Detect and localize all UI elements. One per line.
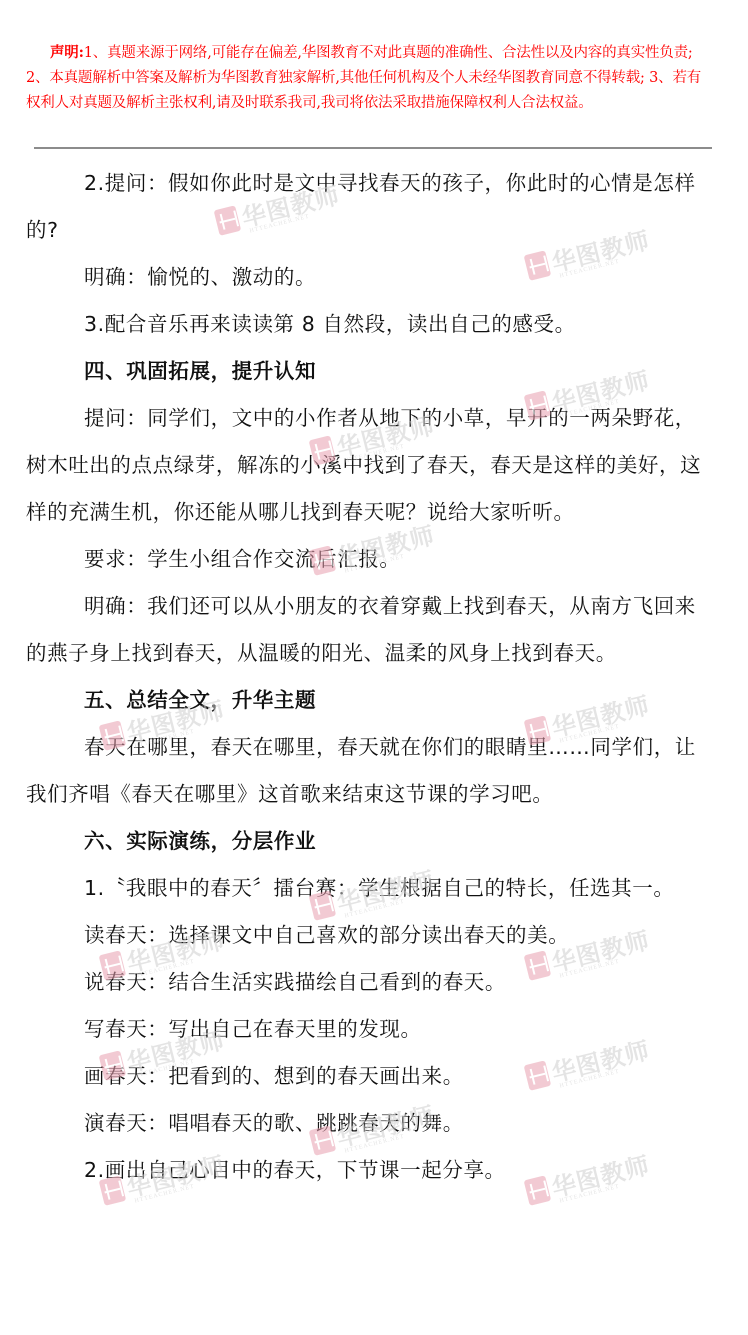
paragraph: 3.配合音乐再来读读第 8 自然段，读出自己的感受。 (26, 301, 716, 348)
header-divider (34, 147, 712, 149)
disclaimer: 声明:1、真题来源于网络,可能存在偏差,华图教育不对此真题的准确性、合法性以及内… (26, 40, 712, 116)
paragraph: 1.〝我眼中的春天〞擂台赛：学生根据自己的特长，任选其一。 (26, 865, 716, 912)
list-item: 画春天：把看到的、想到的春天画出来。 (26, 1053, 716, 1100)
lesson-body: 2.提问：假如你此时是文中寻找春天的孩子，你此时的心情是怎样的? 明确：愉悦的、… (26, 160, 716, 1194)
list-item: 说春天：结合生活实践描绘自己看到的春天。 (26, 959, 716, 1006)
paragraph: 春天在哪里，春天在哪里，春天就在你们的眼睛里……同学们，让我们齐唱《春天在哪里》… (26, 724, 716, 818)
paragraph: 2.画出自己心目中的春天，下节课一起分享。 (26, 1147, 716, 1194)
paragraph: 提问：同学们，文中的小作者从地下的小草，早开的一两朵野花，树木吐出的点点绿芽，解… (26, 395, 716, 536)
disclaimer-lead: 声明: (50, 44, 84, 61)
list-item: 演春天：唱唱春天的歌、跳跳春天的舞。 (26, 1100, 716, 1147)
section-heading: 六、实际演练，分层作业 (26, 818, 716, 865)
paragraph: 明确：我们还可以从小朋友的衣着穿戴上找到春天，从南方飞回来的燕子身上找到春天，从… (26, 583, 716, 677)
disclaimer-text: 1、真题来源于网络,可能存在偏差,华图教育不对此真题的准确性、合法性以及内容的真… (26, 45, 701, 111)
list-item: 写春天：写出自己在春天里的发现。 (26, 1006, 716, 1053)
paragraph: 要求：学生小组合作交流后汇报。 (26, 536, 716, 583)
list-item: 读春天：选择课文中自己喜欢的部分读出春天的美。 (26, 912, 716, 959)
section-heading: 四、巩固拓展，提升认知 (26, 348, 716, 395)
paragraph: 2.提问：假如你此时是文中寻找春天的孩子，你此时的心情是怎样的? (26, 160, 716, 254)
section-heading: 五、总结全文，升华主题 (26, 677, 716, 724)
document-page: 声明:1、真题来源于网络,可能存在偏差,华图教育不对此真题的准确性、合法性以及内… (0, 0, 748, 1335)
paragraph: 明确：愉悦的、激动的。 (26, 254, 716, 301)
